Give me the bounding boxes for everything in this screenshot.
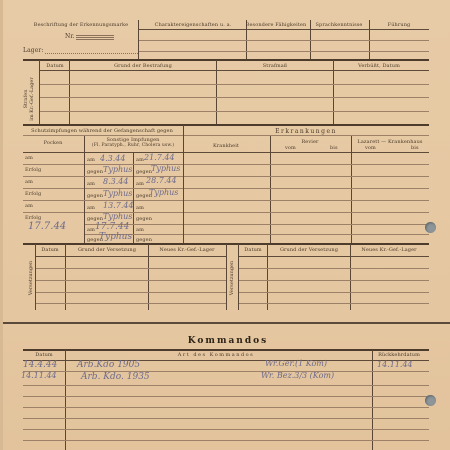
strafen-datum-heading: Datum xyxy=(46,63,63,69)
pocken-am-2: am xyxy=(25,179,33,185)
gegen-label: gegen xyxy=(87,193,103,199)
punch-hole xyxy=(425,222,436,233)
impf-date: 21.7.44 xyxy=(144,153,175,162)
pocken-erfolg-1: Erfolg xyxy=(25,167,41,173)
impfungen-title: Schutzimpfungen während der Gefangenscha… xyxy=(31,128,173,134)
pocken-am-3: am xyxy=(25,203,33,209)
impf-disease: Typhus xyxy=(99,232,132,242)
nr-line-1 xyxy=(76,35,114,36)
row-line xyxy=(36,292,226,293)
am-label: am xyxy=(87,181,95,187)
row-line xyxy=(23,407,429,408)
faehigkeiten-heading: Besondere Fähigkeiten xyxy=(246,22,307,28)
row-line xyxy=(239,292,429,293)
card-fold-line xyxy=(3,322,450,324)
row-line xyxy=(184,224,429,225)
row-line xyxy=(23,440,429,441)
kommando-ort: Wr.Ger.(1 Kom) xyxy=(265,359,327,368)
am-label: am xyxy=(136,157,144,163)
strafen-bottom-rule xyxy=(23,124,429,126)
am-label: am xyxy=(87,227,95,233)
impf-disease: Typhus xyxy=(149,188,178,197)
strafen-top-rule xyxy=(23,59,429,61)
row-line xyxy=(23,418,429,419)
lazarett-bis: bis xyxy=(411,145,419,151)
row-line xyxy=(36,268,226,269)
sprachkenntnisse-heading: Sprachkenntnisse xyxy=(316,22,363,28)
row-line xyxy=(23,188,84,189)
impf-disease: Typhus xyxy=(151,164,180,173)
row-line xyxy=(184,176,429,177)
kommando-art: Arb.Kdo 1905 xyxy=(77,360,140,370)
vers-left-divider-1 xyxy=(65,244,66,310)
impfungen-divider-2 xyxy=(133,152,134,243)
erkrankungen-header-rule xyxy=(184,152,429,153)
sonstige-heading-2: (Fl. Paratyph., Ruhr, Cholera usw.) xyxy=(92,143,174,148)
row-line xyxy=(184,234,429,235)
row-line xyxy=(184,188,429,189)
impf-disease: Typhus xyxy=(103,189,132,198)
gegen-label: gegen xyxy=(87,169,103,175)
kommando-ort: Wr. Bez.3/3 (Kom) xyxy=(261,371,334,380)
vers-right-datum: Datum xyxy=(244,247,261,253)
krankheit-heading: Krankheit xyxy=(213,143,239,149)
strafen-verbuesst-heading: Verbüßt, Datum xyxy=(358,63,400,69)
am-label: am xyxy=(136,227,144,233)
row-line xyxy=(23,164,84,165)
row-line xyxy=(23,429,429,430)
strafen-strafmass-heading: Strafmaß xyxy=(263,63,288,69)
vers-left-divider-2 xyxy=(148,244,149,310)
row-line xyxy=(23,212,84,213)
vers-left-neues: Neues Kr.-Gef.-Lager xyxy=(159,247,214,253)
header-rule xyxy=(139,29,429,30)
vers-left-datum: Datum xyxy=(41,247,58,253)
kommandos-title: Kommandos xyxy=(188,336,268,346)
nr-line-2 xyxy=(76,37,114,38)
row-line xyxy=(239,280,429,281)
pocken-heading: Pocken xyxy=(44,140,63,146)
record-card: Beschriftung der Erkennungsmarke Nr. Lag… xyxy=(3,0,450,450)
vers-left-grund: Grund der Versetzung xyxy=(78,247,136,253)
punch-hole xyxy=(425,395,436,406)
versetzungen-side-label-right: Versetzungen xyxy=(229,256,235,300)
kommandos-divider-2 xyxy=(372,350,373,450)
impf-disease: Typhus xyxy=(103,212,132,221)
header-line-1 xyxy=(139,40,429,41)
row-line xyxy=(239,303,429,304)
kommandos-divider-1 xyxy=(65,350,66,450)
strafen-header-rule xyxy=(40,70,429,71)
am-label: am xyxy=(87,157,95,163)
row-line xyxy=(184,212,429,213)
row-line xyxy=(184,164,429,165)
row-line xyxy=(23,396,429,397)
strafen-row-line xyxy=(40,97,429,98)
vers-right-divider-side xyxy=(238,244,239,310)
revier-bis: bis xyxy=(330,145,338,151)
row-line xyxy=(23,385,429,386)
impfungen-title-rule xyxy=(23,135,183,136)
kommando-date: 14.11.44 xyxy=(21,371,57,380)
am-label: am xyxy=(136,205,144,211)
fuehrung-heading: Führung xyxy=(388,22,411,28)
vers-right-divider-1 xyxy=(267,244,268,310)
strafen-row-line xyxy=(40,111,429,112)
nr-line-3 xyxy=(76,39,114,40)
erkrankungen-title: Erkrankungen xyxy=(275,128,337,135)
kommando-date: 14.4.44 xyxy=(23,360,57,370)
impf-date: 28.7.44 xyxy=(146,176,177,185)
row-line xyxy=(239,268,429,269)
erkrankungen-title-rule xyxy=(184,135,429,136)
kommandos-datum-heading: Datum xyxy=(35,352,52,358)
impf-date: 13.7.44 xyxy=(103,201,134,210)
header-line-2 xyxy=(139,51,429,52)
nr-label: Nr. xyxy=(65,33,75,40)
erkennungsmarke-heading: Beschriftung der Erkennungsmarke xyxy=(34,22,128,28)
lazarett-vom: vom xyxy=(365,145,376,151)
impf-date: 17.7.44 xyxy=(95,222,129,232)
row-line xyxy=(85,212,183,213)
versetzungen-side-label-left: Versetzungen xyxy=(28,256,34,300)
vers-right-divider-2 xyxy=(350,244,351,310)
kommando-art: Arb. Kdo. 1935 xyxy=(81,372,150,382)
gegen-label: gegen xyxy=(136,169,152,175)
gegen-label: gegen xyxy=(136,216,152,222)
pocken-handwritten-date: 17.7.44 xyxy=(28,221,66,232)
row-line xyxy=(36,280,226,281)
charakter-heading: Charaktereigenschaften u. a. xyxy=(155,22,232,28)
vers-center-divider xyxy=(226,244,227,310)
vers-left-header-rule xyxy=(36,256,226,257)
am-label: am xyxy=(87,205,95,211)
kommandos-art-heading: Art des Kommandos xyxy=(178,352,255,358)
kommandos-top-rule xyxy=(23,349,429,351)
impf-disease: Typhus xyxy=(103,165,132,174)
kommando-rueckkehr: 14.11.44 xyxy=(377,360,413,369)
row-line xyxy=(36,303,226,304)
row-line xyxy=(184,200,429,201)
vers-left-divider-side xyxy=(35,244,36,310)
revier-heading: Revier xyxy=(301,139,318,145)
lager-label: Lager: xyxy=(23,47,43,54)
pocken-erfolg-2: Erfolg xyxy=(25,191,41,197)
impfungen-erkrankungen-divider xyxy=(183,125,184,243)
vers-right-neues: Neues Kr.-Gef.-Lager xyxy=(361,247,416,253)
pocken-am-1: am xyxy=(25,155,33,161)
am-label: am xyxy=(136,181,144,187)
vers-right-header-rule xyxy=(239,256,429,257)
strafen-side-label: Strafen im Kr.-Gef.-Lager xyxy=(23,69,35,129)
strafen-row-line xyxy=(40,84,429,85)
lager-dotted-line xyxy=(45,53,138,54)
impf-date: 4.3.44 xyxy=(100,154,125,163)
impf-date: 8.3.44 xyxy=(103,177,128,186)
vers-right-grund: Grund der Versetzung xyxy=(280,247,338,253)
revier-vom: vom xyxy=(285,145,296,151)
strafen-grund-heading: Grund der Bestrafung xyxy=(114,63,172,69)
kommandos-rueckkehr-heading: Rückkehrdatum xyxy=(378,352,420,358)
